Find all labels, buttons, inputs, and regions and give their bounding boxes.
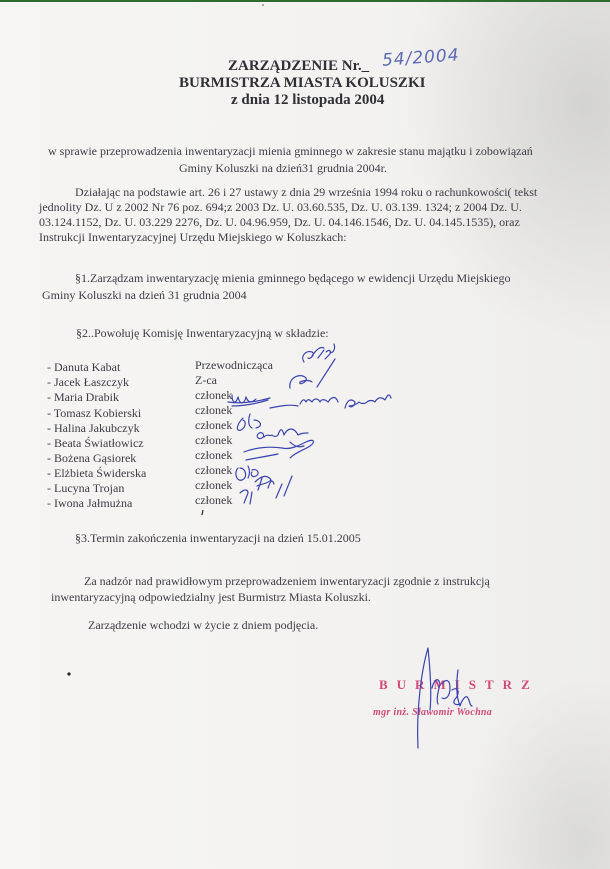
scanned-document-page: ZARZĄDZENIE Nr._ BURMISTRZA MIASTA KOLUS… [0, 0, 610, 869]
signature-jalmuzna [240, 490, 252, 504]
signature-swiderska [236, 466, 258, 480]
signature-kabat [303, 344, 335, 362]
handwritten-signatures [0, 0, 610, 869]
signature-drabik [228, 395, 270, 406]
signature-trojan [255, 476, 292, 498]
ink-speck [262, 4, 264, 6]
signature-laszczyk [290, 359, 335, 388]
ink-speck [202, 510, 203, 515]
signature-gasiorek [244, 440, 313, 460]
signature-kobierski [270, 395, 391, 408]
ink-speck [67, 672, 70, 675]
signature-mayor [418, 648, 472, 748]
signature-swiatlowicz [257, 429, 308, 439]
signature-jakubczyk [237, 414, 260, 430]
